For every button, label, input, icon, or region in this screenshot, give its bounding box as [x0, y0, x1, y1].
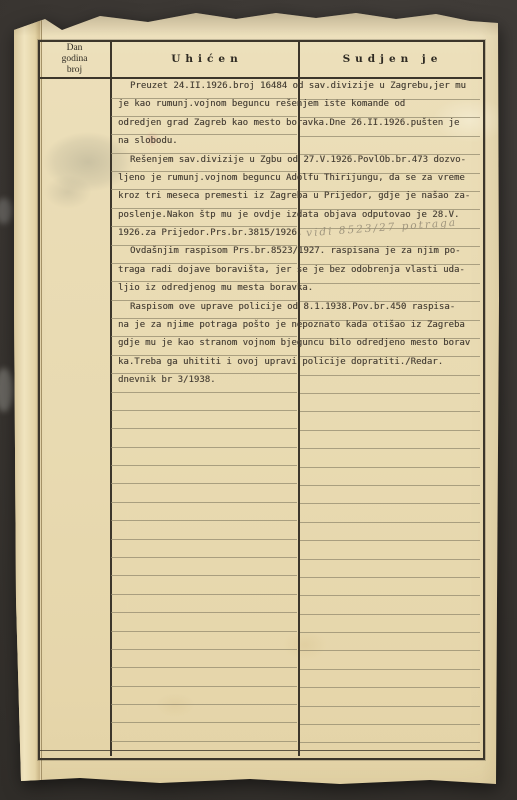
rule-line — [111, 557, 297, 558]
rule-line — [111, 208, 297, 209]
rule-line — [111, 171, 297, 172]
document-paper-wrapper: Dan godina broj Uhićen Sudjen je Preuzet… — [0, 0, 517, 800]
rule-line — [300, 614, 480, 615]
rule-line — [111, 428, 297, 429]
rule-line — [111, 686, 297, 687]
document-paper: Dan godina broj Uhićen Sudjen je Preuzet… — [0, 0, 517, 800]
typed-line: dnevnik br 3/1938. — [118, 375, 216, 385]
typed-line: Raspisom ove uprave policije od 8.1.1938… — [130, 302, 455, 312]
typed-line: na je za njime potraga pošto je nepoznat… — [118, 320, 465, 330]
typed-line: kroz tri meseca premesti iz Zagreba u Pr… — [118, 191, 470, 201]
rule-line — [111, 116, 297, 117]
typed-line: traga radi dojave boravišta, jer se je b… — [118, 265, 465, 275]
rule-line — [300, 706, 480, 707]
rule-line — [111, 612, 297, 613]
header-col-sentenced: Sudjen je — [299, 40, 481, 77]
table-outer-border — [38, 40, 485, 760]
rule-line — [300, 448, 480, 449]
column-divider-2 — [298, 40, 300, 756]
typed-line: ka.Treba ga uhititi i ovoj upravi polici… — [118, 357, 443, 367]
header-col-date: Dan godina broj — [39, 43, 110, 76]
rule-line — [300, 742, 480, 743]
rule-line — [300, 724, 480, 725]
rule-line — [300, 375, 480, 376]
typed-line: na slobodu. — [118, 136, 178, 146]
typed-line: 1926.za Prijedor.Prs.br.3815/1926. — [118, 228, 302, 238]
photo-background: Dan godina broj Uhićen Sudjen je Preuzet… — [0, 0, 517, 800]
rule-line — [300, 467, 480, 468]
rule-line — [300, 283, 480, 284]
rule-line — [111, 336, 297, 337]
typed-line: Ovdašnjim raspisom Prs.br.8523/1927. ras… — [130, 246, 461, 256]
typed-line: ljio iz odredjenog mu mesta boravka. — [118, 283, 313, 293]
registry-table: Dan godina broj Uhićen Sudjen je Preuzet… — [0, 0, 517, 800]
rule-line — [300, 411, 480, 412]
rule-line — [111, 134, 297, 135]
rule-line — [111, 631, 297, 632]
rule-line — [300, 503, 480, 504]
rule-line — [111, 483, 297, 484]
rule-line — [300, 687, 480, 688]
bottom-rule — [40, 750, 480, 751]
rule-line — [111, 667, 297, 668]
rule-line — [300, 540, 480, 541]
rule-line — [300, 522, 480, 523]
rule-line — [111, 649, 297, 650]
rule-line — [300, 577, 480, 578]
typed-line: Preuzet 24.II.1926.broj 16484 od sav.div… — [130, 81, 466, 91]
header-date-line-2: godina — [39, 54, 110, 65]
rule-line — [300, 136, 480, 137]
rule-line — [111, 502, 297, 503]
typed-line: poslenje.Nakon štp mu je ovdje izdata ob… — [118, 210, 459, 220]
rule-line — [111, 300, 297, 301]
rule-line — [111, 226, 297, 227]
rule-line — [300, 632, 480, 633]
rule-line — [111, 465, 297, 466]
rule-line — [111, 392, 297, 393]
rule-line — [300, 485, 480, 486]
rule-line — [300, 650, 480, 651]
header-date-line-1: Dan — [39, 43, 110, 54]
rule-line — [111, 594, 297, 595]
rule-line — [300, 669, 480, 670]
rule-line — [111, 153, 297, 154]
rule-line — [300, 430, 480, 431]
rule-line — [300, 595, 480, 596]
rule-line — [111, 741, 297, 742]
typed-line: ljeno je rumunj.vojnom beguncu Adolfu Th… — [118, 173, 465, 183]
header-col-arrested: Uhićen — [111, 40, 298, 77]
rule-line — [111, 520, 297, 521]
rule-line — [300, 393, 480, 394]
header-date-line-3: broj — [39, 65, 110, 76]
rule-line — [111, 539, 297, 540]
typed-line: je kao rumunj.vojnom beguncu rešenjem is… — [118, 99, 405, 109]
rule-line — [111, 281, 297, 282]
typed-line: Rešenjem sav.divizije u Zgbu od 27.V.192… — [130, 155, 466, 165]
rule-line — [111, 722, 297, 723]
rule-line — [111, 410, 297, 411]
typed-line: gdje mu je kao stranom vojnom bjeguncu b… — [118, 338, 470, 348]
typed-line: odredjen grad Zagreb kao mesto boravka.D… — [118, 118, 459, 128]
rule-line — [111, 447, 297, 448]
header-row-divider — [38, 77, 482, 79]
rule-line — [300, 559, 480, 560]
rule-line — [111, 704, 297, 705]
rule-line — [111, 263, 297, 264]
rule-line — [111, 318, 297, 319]
rule-line — [111, 575, 297, 576]
rule-line — [111, 373, 297, 374]
rule-line — [111, 355, 297, 356]
